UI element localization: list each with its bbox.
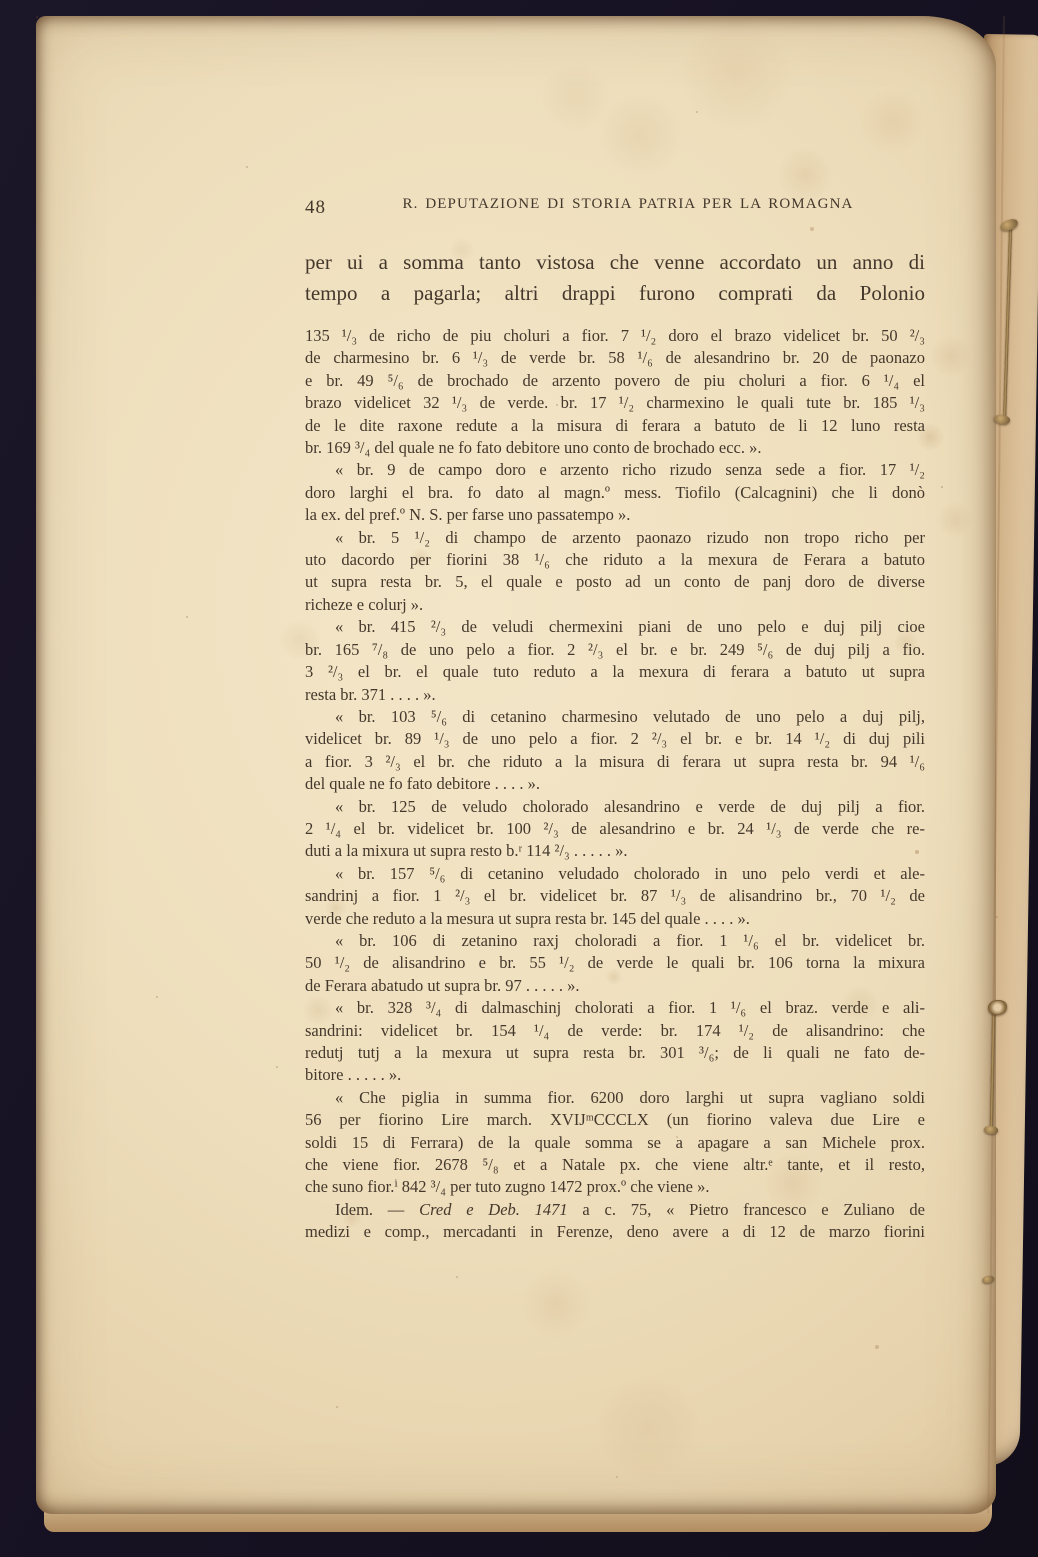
- page-number: 48: [305, 197, 326, 219]
- footnote-line: sandrini: videlicet br. 154 ¹/₄ de verde…: [305, 1020, 925, 1042]
- footnote-line: ut supra resta br. 5, el quale e posto a…: [305, 571, 925, 593]
- footnote-line: verde che reduto a la mesura ut supra re…: [305, 908, 925, 930]
- thread-knot: [988, 1000, 1007, 1015]
- binding-thread: [990, 1012, 995, 1130]
- footnote-citation-italic: Cred e Deb. 1471: [419, 1200, 568, 1219]
- footnote-text-segment: a c. 75, « Pietro francesco e Zuliano de: [568, 1200, 925, 1219]
- paper-speckles: [36, 16, 38, 18]
- footnote-paragraph: 135 ¹/₃ de richo de piu choluri a fior. …: [305, 325, 925, 459]
- running-head: 48 R. DEPUTAZIONE DI STORIA PATRIA PER L…: [305, 196, 925, 220]
- footnote-line: richeze e colurj ».: [305, 594, 925, 616]
- book-page: 48 R. DEPUTAZIONE DI STORIA PATRIA PER L…: [36, 16, 996, 1514]
- footnote-paragraph: « br. 5 ¹/₂ di champo de arzento paonazo…: [305, 527, 925, 617]
- footnote-line: che suno fior.ⁱ 842 ³/₄ per tuto zugno 1…: [305, 1176, 925, 1198]
- footnote-paragraph: « br. 9 de campo doro e arzento richo ri…: [305, 459, 925, 526]
- footnote-line: a fior. 3 ²/₃ el br. che riduto a la mis…: [305, 751, 925, 773]
- footnote-line: che viene fior. 2678 ⁵/₈ et a Natale px.…: [305, 1154, 925, 1176]
- footnote-text-segment: Idem. —: [335, 1200, 419, 1219]
- footnote-line: sandrinj a fior. 1 ²/₃ el br. videlicet …: [305, 885, 925, 907]
- footnote-line: « br. 328 ³/₄ di dalmaschinj cholorati a…: [305, 997, 925, 1019]
- footnote-paragraph: « br. 328 ³/₄ di dalmaschinj cholorati a…: [305, 997, 925, 1087]
- footnote-paragraph: « br. 106 di zetanino raxj choloradi a f…: [305, 930, 925, 997]
- footnote-line: bitore . . . . . ».: [305, 1064, 925, 1086]
- footnote-line: « br. 106 di zetanino raxj choloradi a f…: [305, 930, 925, 952]
- footnote-line: la ex. del pref.º N. S. per farse uno pa…: [305, 504, 925, 526]
- footnote-paragraph: « br. 415 ²/₃ de veludi chermexini piani…: [305, 616, 925, 706]
- footnote-line: brazo videlicet 32 ¹/₃ de verde. br. 17 …: [305, 392, 925, 414]
- footnote-paragraph: Idem. — Cred e Deb. 1471 a c. 75, « Piet…: [305, 1199, 925, 1244]
- footnote-line: 50 ¹/₂ de alisandrino e br. 55 ¹/₂ de ve…: [305, 952, 925, 974]
- footnote-paragraph: « br. 157 ⁵/₆ di cetanino veludado cholo…: [305, 863, 925, 930]
- footnote-line: redutj tutj a la mexura ut supra resta b…: [305, 1042, 925, 1064]
- footnote-line: videlicet br. 89 ¹/₃ de uno pelo a fior.…: [305, 728, 925, 750]
- footnote-line: Idem. — Cred e Deb. 1471 a c. 75, « Piet…: [305, 1199, 925, 1221]
- footnote-line: doro larghi el bra. fo dato al magn.º me…: [305, 482, 925, 504]
- running-header: R. DEPUTAZIONE DI STORIA PATRIA PER LA R…: [305, 196, 925, 213]
- footnote-line: « Che piglia in summa fior. 6200 doro la…: [305, 1087, 925, 1109]
- footnote-line: 2 ¹/₄ el br. videlicet br. 100 ²/₃ de al…: [305, 818, 925, 840]
- body-line: tempo a pagarla; altri drappi furono com…: [305, 278, 925, 309]
- footnote-line: br. 169 ³/₄ del quale ne fo fato debitor…: [305, 437, 925, 459]
- footnote-line: « br. 157 ⁵/₆ di cetanino veludado cholo…: [305, 863, 925, 885]
- footnote-line: del quale ne fo fato debitore . . . . ».: [305, 773, 925, 795]
- footnote-line: resta br. 371 . . . . ».: [305, 684, 925, 706]
- footnote-line: br. 165 ⁷/₈ de uno pelo a fior. 2 ²/₃ el…: [305, 639, 925, 661]
- footnote-line: uto dacordo per fiorini 38 ¹/₆ che ridut…: [305, 549, 925, 571]
- footnote-block: 135 ¹/₃ de richo de piu choluri a fior. …: [305, 325, 925, 1244]
- footnote-line: de Ferara abatudo ut supra br. 97 . . . …: [305, 975, 925, 997]
- footnote-line: « br. 9 de campo doro e arzento richo ri…: [305, 459, 925, 481]
- footnote-line: « br. 415 ²/₃ de veludi chermexini piani…: [305, 616, 925, 638]
- footnote-line: « br. 5 ¹/₂ di champo de arzento paonazo…: [305, 527, 925, 549]
- footnote-line: e br. 49 ⁵/₆ de brochado de arzento pove…: [305, 370, 925, 392]
- footnote-line: medizi e comp., mercadanti in Ferenze, d…: [305, 1221, 925, 1243]
- body-line: per ui a somma tanto vistosa che venne a…: [305, 247, 925, 278]
- body-paragraph: per ui a somma tanto vistosa che venne a…: [305, 247, 925, 309]
- footnote-line: 3 ²/₃ el br. el quale tuto reduto a la m…: [305, 661, 925, 683]
- footnote-paragraph: « Che piglia in summa fior. 6200 doro la…: [305, 1087, 925, 1199]
- scanned-book-page: 48 R. DEPUTAZIONE DI STORIA PATRIA PER L…: [0, 0, 1038, 1557]
- footnote-line: « br. 103 ⁵/₆ di cetanino charmesino vel…: [305, 706, 925, 728]
- footnote-paragraph: « br. 103 ⁵/₆ di cetanino charmesino vel…: [305, 706, 925, 796]
- footnote-line: de charmesino br. 6 ¹/₃ de verde br. 58 …: [305, 347, 925, 369]
- footnote-line: 135 ¹/₃ de richo de piu choluri a fior. …: [305, 325, 925, 347]
- thread-knot: [981, 1275, 994, 1284]
- footnote-paragraph: « br. 125 de veludo cholorado alesandrin…: [305, 796, 925, 863]
- footnote-line: de le dite raxone redute a la misura di …: [305, 415, 925, 437]
- footnote-line: 56 per fiorino Lire march. XVIJᵐCCCLX (u…: [305, 1109, 925, 1131]
- footnote-line: soldi 15 di Ferrara) de la quale somma s…: [305, 1132, 925, 1154]
- footnote-line: « br. 125 de veludo cholorado alesandrin…: [305, 796, 925, 818]
- footnote-line: duti a la mixura ut supra resto b.ʳ 114 …: [305, 840, 925, 862]
